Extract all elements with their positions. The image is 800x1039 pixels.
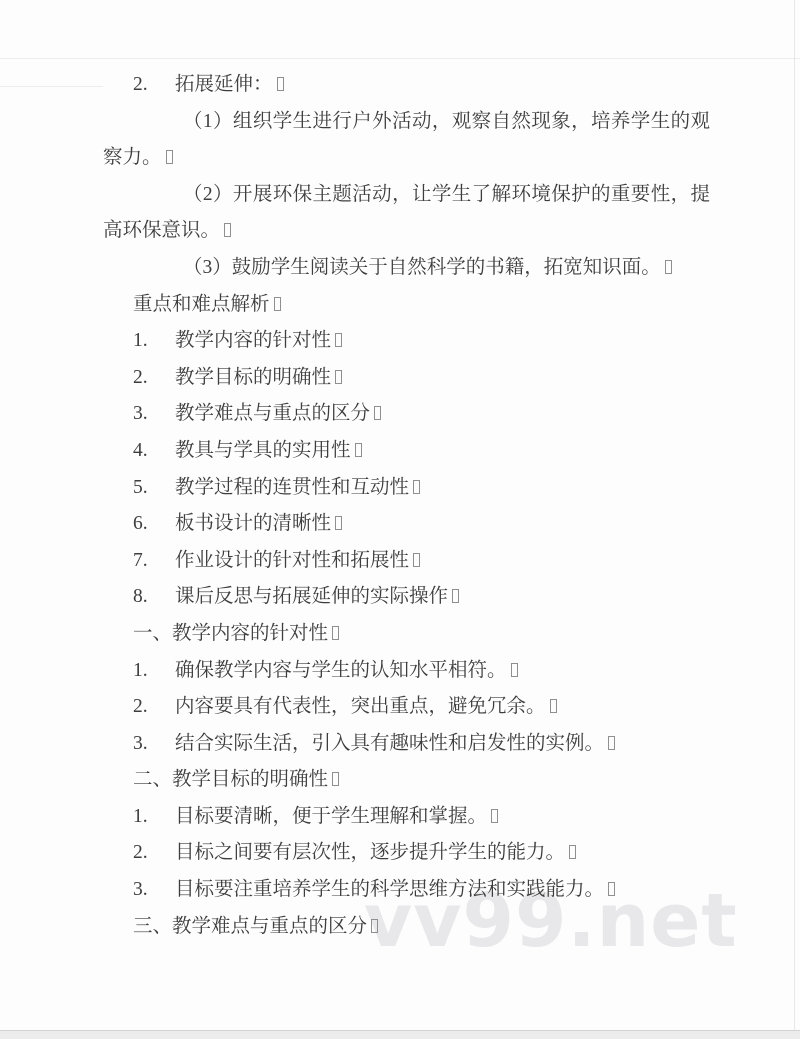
paragraph-mark — [511, 663, 518, 677]
paragraph-mark — [274, 297, 281, 311]
scan-artifact-line — [0, 86, 103, 87]
paragraph-mark — [569, 845, 576, 859]
line-text: 结合实际生活，引入具有趣味性和启发性的实例。 — [175, 733, 604, 754]
line-text: 一、教学内容的针对性 — [133, 623, 328, 644]
paragraph-mark — [277, 77, 284, 91]
document-line: 4.教具与学具的实用性 — [133, 433, 710, 470]
paragraph-mark — [224, 223, 231, 237]
paragraph-mark — [335, 370, 342, 384]
paragraph-mark — [332, 772, 339, 786]
list-number: 3. — [133, 726, 175, 763]
line-text: 目标要清晰，便于学生理解和掌握。 — [175, 806, 487, 827]
paragraph-mark — [665, 260, 672, 274]
list-number: 3. — [133, 396, 175, 433]
paragraph-mark — [335, 516, 342, 530]
list-number: 7. — [133, 543, 175, 580]
document-line: 2.内容要具有代表性，突出重点，避免冗余。 — [133, 689, 710, 726]
page-bottom-strip — [0, 1030, 800, 1039]
document-line: （1）组织学生进行户外活动，观察自然现象，培养学生的观 — [183, 104, 710, 141]
line-text: 重点和难点解析 — [133, 294, 270, 315]
document-line: 8.课后反思与拓展延伸的实际操作 — [133, 579, 710, 616]
line-text: 板书设计的清晰性 — [175, 513, 331, 534]
line-text: （3）鼓励学生阅读关于自然科学的书籍，拓宽知识面。 — [183, 257, 661, 278]
line-text: 二、教学目标的明确性 — [133, 769, 328, 790]
document-line: 高环保意识。 — [103, 213, 710, 250]
line-text: 内容要具有代表性，突出重点，避免冗余。 — [175, 696, 546, 717]
paragraph-mark — [452, 589, 459, 603]
document-line: 二、教学目标的明确性 — [133, 762, 710, 799]
paragraph-mark — [374, 406, 381, 420]
line-text: 三、教学难点与重点的区分 — [133, 916, 367, 937]
document-line: 2.目标之间要有层次性，逐步提升学生的能力。 — [133, 835, 710, 872]
line-text: 高环保意识。 — [103, 220, 220, 241]
document-line: 3.目标要注重培养学生的科学思维方法和实践能力。 — [133, 872, 710, 909]
list-number: 1. — [133, 323, 175, 360]
line-text: 教具与学具的实用性 — [175, 440, 351, 461]
document-line: 7.作业设计的针对性和拓展性 — [133, 543, 710, 580]
document-line: 重点和难点解析 — [133, 287, 710, 324]
line-text: 教学过程的连贯性和互动性 — [175, 477, 409, 498]
paragraph-mark — [335, 333, 342, 347]
paragraph-mark — [550, 699, 557, 713]
list-number: 1. — [133, 653, 175, 690]
document-line: 三、教学难点与重点的区分 — [133, 909, 710, 946]
document-line: 1.目标要清晰，便于学生理解和掌握。 — [133, 799, 710, 836]
document-line: （2）开展环保主题活动，让学生了解环境保护的重要性，提 — [183, 177, 710, 214]
paragraph-mark — [413, 480, 420, 494]
document-page: vv99.net 2.拓展延伸：（1）组织学生进行户外活动，观察自然现象，培养学… — [0, 0, 800, 1039]
document-line: 6.板书设计的清晰性 — [133, 506, 710, 543]
document-text: 2.拓展延伸：（1）组织学生进行户外活动，观察自然现象，培养学生的观察力。（2）… — [103, 67, 710, 945]
document-line: 一、教学内容的针对性 — [133, 616, 710, 653]
list-number: 6. — [133, 506, 175, 543]
line-text: 拓展延伸： — [175, 74, 273, 95]
scan-artifact-line — [0, 58, 800, 59]
line-text: （2）开展环保主题活动，让学生了解环境保护的重要性，提 — [183, 184, 710, 205]
paragraph-mark — [413, 553, 420, 567]
document-line: 2.拓展延伸： — [133, 67, 710, 104]
list-number: 2. — [133, 835, 175, 872]
document-line: 2.教学目标的明确性 — [133, 360, 710, 397]
document-line: 5.教学过程的连贯性和互动性 — [133, 470, 710, 507]
paragraph-mark — [608, 736, 615, 750]
line-text: 教学目标的明确性 — [175, 367, 331, 388]
document-line: 1.教学内容的针对性 — [133, 323, 710, 360]
line-text: 教学内容的针对性 — [175, 330, 331, 351]
list-number: 2. — [133, 67, 175, 104]
paragraph-mark — [371, 919, 378, 933]
line-text: （1）组织学生进行户外活动，观察自然现象，培养学生的观 — [183, 111, 710, 132]
list-number: 4. — [133, 433, 175, 470]
paragraph-mark — [491, 809, 498, 823]
list-number: 3. — [133, 872, 175, 909]
paragraph-mark — [608, 882, 615, 896]
line-text: 目标之间要有层次性，逐步提升学生的能力。 — [175, 842, 565, 863]
line-text: 察力。 — [103, 147, 162, 168]
list-number: 1. — [133, 799, 175, 836]
paragraph-mark — [166, 150, 173, 164]
list-number: 2. — [133, 689, 175, 726]
page-edge-line — [794, 0, 795, 1030]
paragraph-mark — [355, 443, 362, 457]
paragraph-mark — [332, 626, 339, 640]
document-line: （3）鼓励学生阅读关于自然科学的书籍，拓宽知识面。 — [183, 250, 710, 287]
document-line: 3.教学难点与重点的区分 — [133, 396, 710, 433]
list-number: 2. — [133, 360, 175, 397]
line-text: 作业设计的针对性和拓展性 — [175, 550, 409, 571]
document-line: 1.确保教学内容与学生的认知水平相符。 — [133, 653, 710, 690]
list-number: 5. — [133, 470, 175, 507]
line-text: 教学难点与重点的区分 — [175, 403, 370, 424]
line-text: 确保教学内容与学生的认知水平相符。 — [175, 660, 507, 681]
list-number: 8. — [133, 579, 175, 616]
line-text: 课后反思与拓展延伸的实际操作 — [175, 586, 448, 607]
line-text: 目标要注重培养学生的科学思维方法和实践能力。 — [175, 879, 604, 900]
document-line: 察力。 — [103, 140, 710, 177]
document-line: 3.结合实际生活，引入具有趣味性和启发性的实例。 — [133, 726, 710, 763]
